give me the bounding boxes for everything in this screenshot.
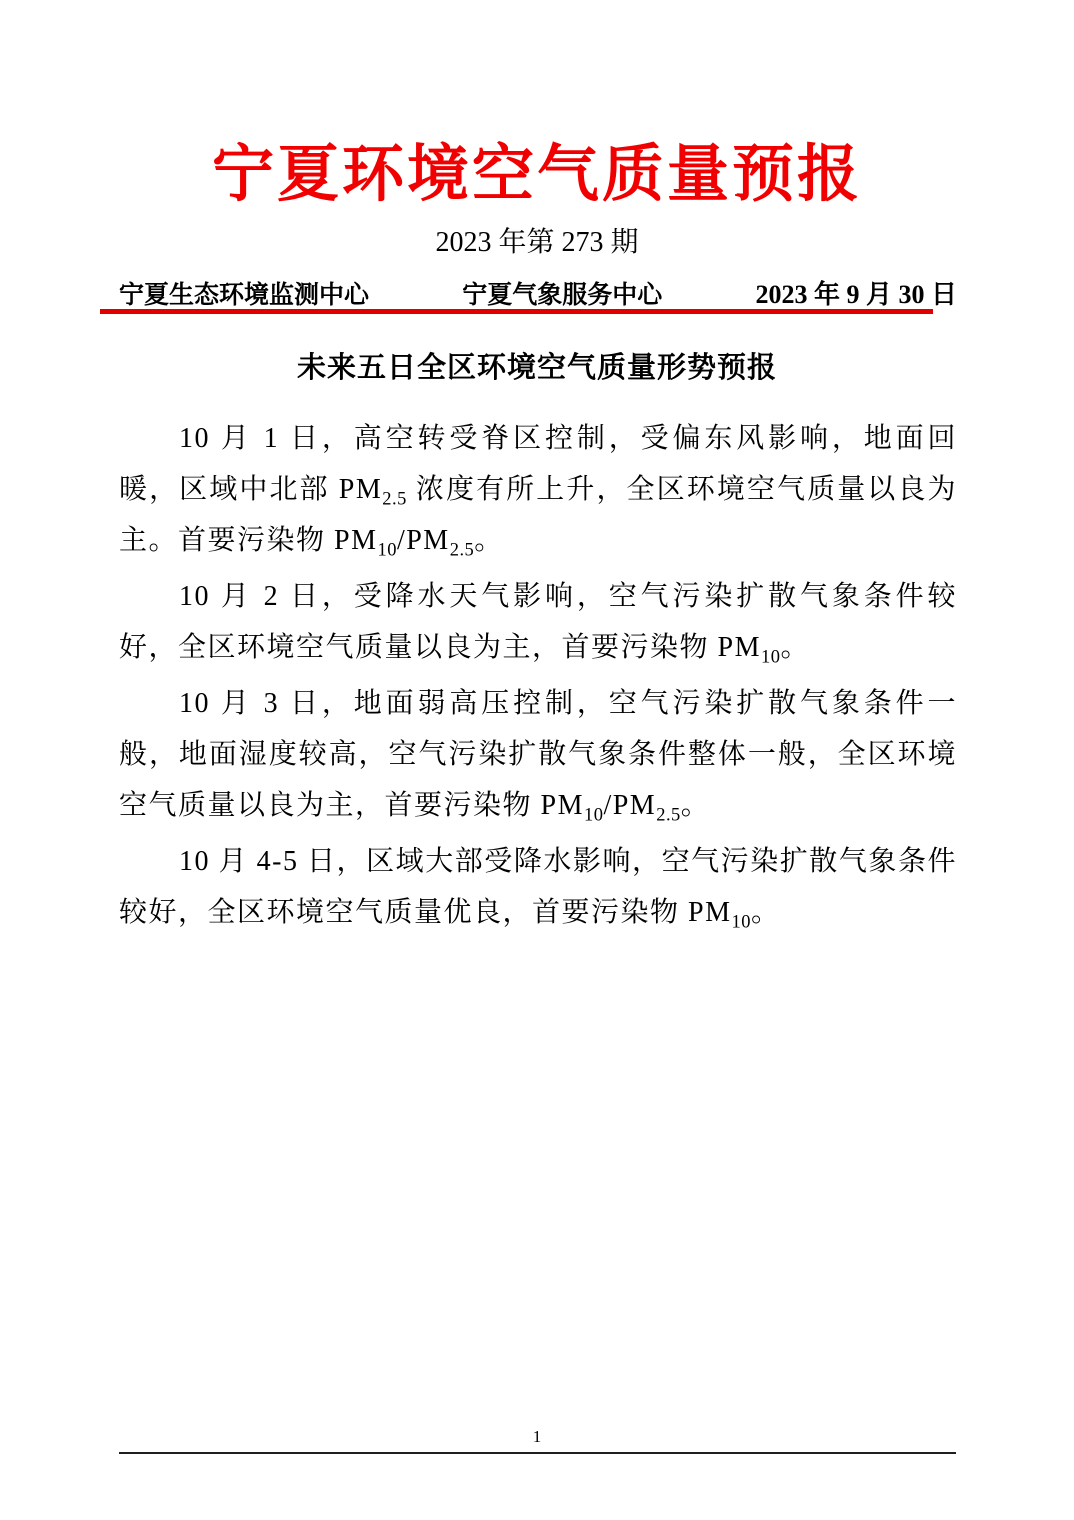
paragraph-text: 。 (751, 897, 781, 928)
paragraph-text: 。 (681, 790, 711, 821)
paragraph-text: /PM (603, 790, 656, 821)
document-page: 宁夏环境空气质量预报 2023 年第 273 期 宁夏生态环境监测中心 宁夏气象… (0, 0, 1074, 1520)
forecast-paragraph: 10 月 2 日，受降水天气影响，空气污染扩散气象条件较好，全区环境空气质量以良… (119, 571, 957, 673)
org-left: 宁夏生态环境监测中心 (119, 275, 369, 311)
paragraph-text: 。 (780, 632, 810, 663)
pollutant-subscript: 10 (584, 805, 603, 825)
page-number: 1 (0, 1427, 1074, 1447)
paragraph-text: 。 (474, 525, 504, 556)
pollutant-subscript: 2.5 (382, 489, 407, 509)
header-org-row: 宁夏生态环境监测中心 宁夏气象服务中心 2023 年 9 月 30 日 (119, 274, 957, 311)
document-title: 宁夏环境空气质量预报 (0, 124, 1074, 213)
paragraph-text: 10 月 3 日，地面弱高压控制，空气污染扩散气象条件一般，地面湿度较高，空气污… (119, 688, 957, 821)
header-date: 2023 年 9 月 30 日 (755, 274, 957, 311)
section-title: 未来五日全区环境空气质量形势预报 (0, 345, 1074, 386)
pollutant-subscript: 10 (731, 912, 750, 932)
paragraph-text: 10 月 4-5 日，区域大部受降水影响，空气污染扩散气象条件较好，全区环境空气… (119, 846, 957, 928)
issue-number: 2023 年第 273 期 (0, 220, 1074, 260)
forecast-paragraph: 10 月 3 日，地面弱高压控制，空气污染扩散气象条件一般，地面湿度较高，空气污… (119, 678, 957, 831)
red-divider-line (100, 309, 933, 314)
paragraph-text: /PM (397, 525, 450, 556)
forecast-paragraphs: 10 月 1 日，高空转受脊区控制，受偏东风影响，地面回暖，区域中北部 PM2.… (119, 413, 957, 943)
pollutant-subscript: 2.5 (656, 805, 681, 825)
pollutant-subscript: 2.5 (450, 540, 475, 560)
paragraph-text: 10 月 2 日，受降水天气影响，空气污染扩散气象条件较好，全区环境空气质量以良… (119, 581, 957, 663)
org-center: 宁夏气象服务中心 (462, 275, 662, 311)
forecast-paragraph: 10 月 4-5 日，区域大部受降水影响，空气污染扩散气象条件较好，全区环境空气… (119, 836, 957, 938)
footer-divider-line (119, 1452, 956, 1454)
pollutant-subscript: 10 (377, 540, 396, 560)
pollutant-subscript: 10 (761, 647, 780, 667)
forecast-paragraph: 10 月 1 日，高空转受脊区控制，受偏东风影响，地面回暖，区域中北部 PM2.… (119, 413, 957, 566)
